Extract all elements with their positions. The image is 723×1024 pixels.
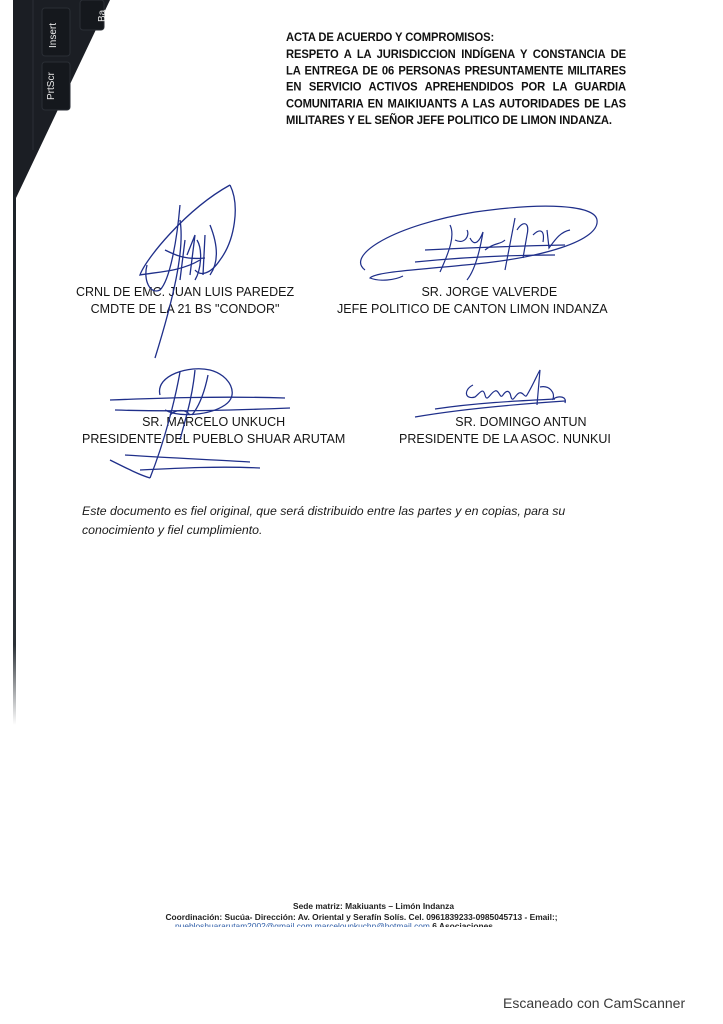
keyboard-background: Insert PrtScr Ba (0, 0, 130, 210)
signatory-role: PRESIDENTE DE LA ASOC. NUNKUI (399, 431, 611, 448)
document-note: Este documento es fiel original, que ser… (82, 502, 637, 540)
heading-line: EN SERVICIO ACTIVOS APREHENDIDOS POR LA … (286, 80, 626, 97)
signature-unkuch (100, 360, 300, 490)
key-partial-label: Ba (97, 10, 108, 22)
signature-valverde (355, 200, 605, 300)
footer-headquarters: Sede matriz: Makiuants – Limón Indanza (0, 901, 723, 911)
signatory-role: JEFE POLITICO DE CANTON LIMON INDANZA (337, 301, 608, 318)
camscanner-watermark: Escaneado con CamScanner (503, 995, 685, 1011)
signature-paredez (125, 180, 265, 365)
heading-line: LA ENTREGA DE 06 PERSONAS PRESUNTAMENTE … (286, 64, 626, 81)
key-insert-label: Insert (48, 23, 59, 48)
footer-emails: puebloshuararutam2002@gmail.com marcelou… (175, 921, 555, 927)
heading-title: ACTA DE ACUERDO Y COMPROMISOS: (286, 31, 626, 48)
heading-line: COMUNITARIA EN MAIKIUANTS A LAS AUTORIDA… (286, 97, 626, 114)
page-edge-shadow (13, 190, 16, 725)
heading-line: RESPETO A LA JURISDICCION INDÍGENA Y CON… (286, 47, 626, 64)
document-heading: ACTA DE ACUERDO Y COMPROMISOS: RESPETO A… (286, 31, 626, 131)
scanned-document-page: Insert PrtScr Ba ACTA DE ACUERDO Y COMPR… (0, 0, 723, 1024)
key-prtscr-label: PrtScr (46, 72, 57, 100)
footer-email-links[interactable]: puebloshuararutam2002@gmail.com marcelou… (175, 921, 430, 927)
heading-line: MILITARES Y EL SEÑOR JEFE POLITICO DE LI… (286, 114, 626, 131)
signature-antun (415, 365, 595, 430)
footer-associations: 6 Asociaciones (432, 921, 493, 927)
